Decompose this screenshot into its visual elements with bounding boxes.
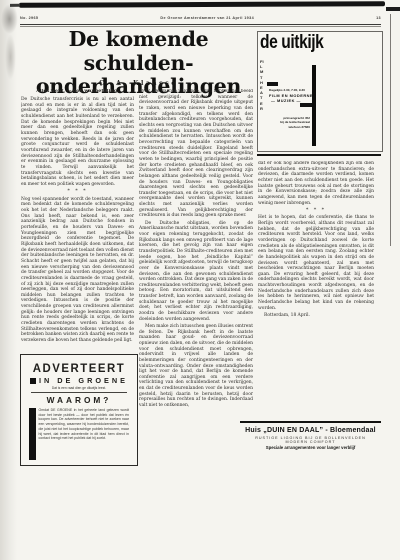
scan-top-bar xyxy=(19,1,385,8)
ad-uitkijk-cinema: de uitkijk FILMTHEATER Dagelijks 2.30, 7… xyxy=(257,31,383,152)
body-paragraph: Nog veel spannender wordt de toestand, w… xyxy=(21,197,134,344)
article-column-2: 1932. De daarop volgende jaren hebben he… xyxy=(139,89,253,467)
masthead-title: De Groene Amsterdammer van 21 April 1934 xyxy=(160,16,254,20)
article-column-1: Alles went, — ook wanbetaling. De Duitsc… xyxy=(21,89,134,352)
page-edge-line xyxy=(390,14,391,246)
ad-uitkijk-times: Dagelijks 2.30, 7.00, 9.30 xyxy=(269,88,305,92)
black-square-icon xyxy=(30,378,36,384)
ad-adverteert-tagline: Dat is een raad dien ge dikwijls leest. xyxy=(31,386,127,393)
ad-duin-line3: Speciale arrangementen voor langer verbl… xyxy=(240,445,381,450)
black-sidebar xyxy=(29,408,36,460)
ad-uitkijk-tagline2: — MUZIEK — xyxy=(271,98,301,103)
ad-duin-title: Huis „DUIN EN DAAL” - Bloemendaal xyxy=(240,427,381,434)
ad-top-rule xyxy=(240,421,381,423)
ad-duin-line2: MODERN COMFORT xyxy=(240,440,381,444)
black-bar xyxy=(300,103,312,107)
article-title-line1: De komende schulden- xyxy=(22,28,255,75)
ad-uitkijk-vertical-label: FILMTHEATER xyxy=(260,59,265,111)
ad-adverteert-groene: ADVERTEERT IN DE GROENE Dat is een raad … xyxy=(21,355,137,465)
body-paragraph: 1932. De daarop volgende jaren hebben he… xyxy=(139,89,253,219)
body-paragraph: Men make zich intusschen geen illusies o… xyxy=(139,324,253,409)
scan-stain xyxy=(1,4,18,34)
address-line: telefoon 37660 xyxy=(262,125,310,129)
section-divider: * * * xyxy=(21,189,134,194)
article-title: De komende schulden- onderhandelingen xyxy=(22,28,255,99)
ad-uitkijk-address: prinsengracht 452 bij de leidschestraat … xyxy=(262,116,310,129)
body-paragraph: Het is te hopen, dat de conferentie, die… xyxy=(258,215,374,311)
ad-adverteert-subtitle-row: IN DE GROENE xyxy=(23,376,135,385)
ad-duin-en-daal: Huis „DUIN EN DAAL” - Bloemendaal RUSTIG… xyxy=(240,421,381,450)
ad-adverteert-body: Omdat DE GROENE in het geheele land gele… xyxy=(39,408,130,460)
scan-edge-band xyxy=(0,0,17,560)
column-rule xyxy=(257,154,381,156)
ad-uitkijk-logo: de uitkijk xyxy=(260,32,323,54)
section-divider: * * * xyxy=(258,208,374,213)
ad-adverteert-body-row: Omdat DE GROENE in het geheele land gele… xyxy=(29,408,129,460)
article-dateline: Rotterdam, 18 April. xyxy=(258,313,374,319)
black-sidebar xyxy=(312,65,316,146)
ad-adverteert-waarom: WAAROM? xyxy=(23,395,135,405)
body-paragraph: De Duitsche obligaties, die op de Amerik… xyxy=(139,221,253,323)
masthead-rule xyxy=(20,24,381,25)
ad-adverteert-subtitle: IN DE GROENE xyxy=(39,376,128,385)
section-heading: Alles went, — ook wanbetaling. xyxy=(21,89,134,95)
issue-number: No. 2965 xyxy=(20,16,38,20)
article-column-3: dat er ook nog andere mogelijkheden zijn… xyxy=(258,161,374,418)
body-paragraph: dat er ook nog andere mogelijkheden zijn… xyxy=(258,161,374,206)
black-bar xyxy=(267,82,278,86)
scan-corner-mark xyxy=(386,7,400,11)
scan-stain xyxy=(5,34,16,80)
masthead: No. 2965 De Groene Amsterdammer van 21 A… xyxy=(20,16,381,20)
ad-adverteert-title: ADVERTEERT xyxy=(26,361,132,375)
article-byline: C. A. Klaasse xyxy=(22,80,255,87)
body-paragraph: De Duitsche transfercrisis is nu al een … xyxy=(21,97,134,188)
page-number: 13 xyxy=(376,16,381,20)
